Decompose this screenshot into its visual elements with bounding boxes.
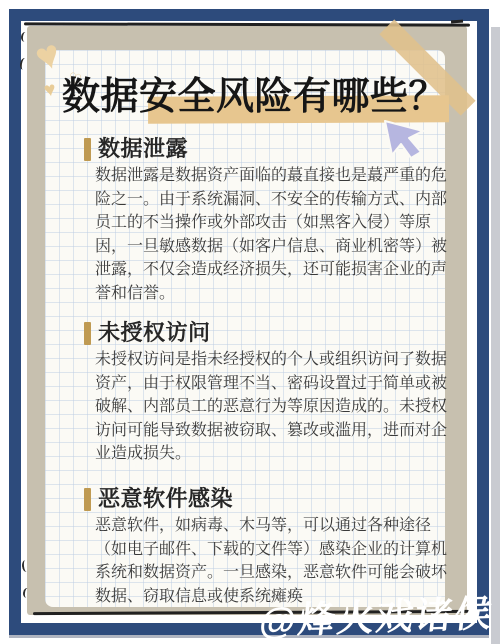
section-accent-bar (84, 488, 91, 511)
section-data-leakage: 数据泄露 数据泄露是数据资产面临的蕞直接也是蕞严重的危 险之一。由于系统漏洞、不… (84, 136, 478, 305)
section-heading: 数据泄露 (98, 136, 478, 161)
section-body: 数据泄露是数据资产面临的蕞直接也是蕞严重的危 险之一。由于系统漏洞、不安全的传输… (95, 164, 475, 305)
section-unauthorized-access: 未授权访问 未授权访问是指未经授权的个人或组织访问了数据 资产，由于权限管理不当… (84, 320, 478, 466)
section-accent-bar (84, 322, 91, 345)
section-body: 未授权访问是指未经授权的个人或组织访问了数据 资产，由于权限管理不当、密码设置过… (95, 348, 475, 466)
section-heading: 恶意软件感染 (98, 486, 478, 511)
page-title: 数据安全风险有哪些？ (62, 76, 447, 118)
watermark-signature: @烽火戏诸侯 (257, 592, 496, 644)
section-heading: 未授权访问 (98, 320, 478, 345)
section-malware-infection: 恶意软件感染 恶意软件，如病毒、木马等，可以通过各种途径 （如电子邮件、下载的文… (84, 486, 478, 608)
infographic-page: ♥ ♥ ♡ 数据安全风险有哪些？ 数据泄露 数据泄露是数据资产面临的蕞直接也是蕞… (0, 0, 500, 644)
section-accent-bar (84, 138, 91, 161)
page-edge-strip (491, 27, 500, 644)
